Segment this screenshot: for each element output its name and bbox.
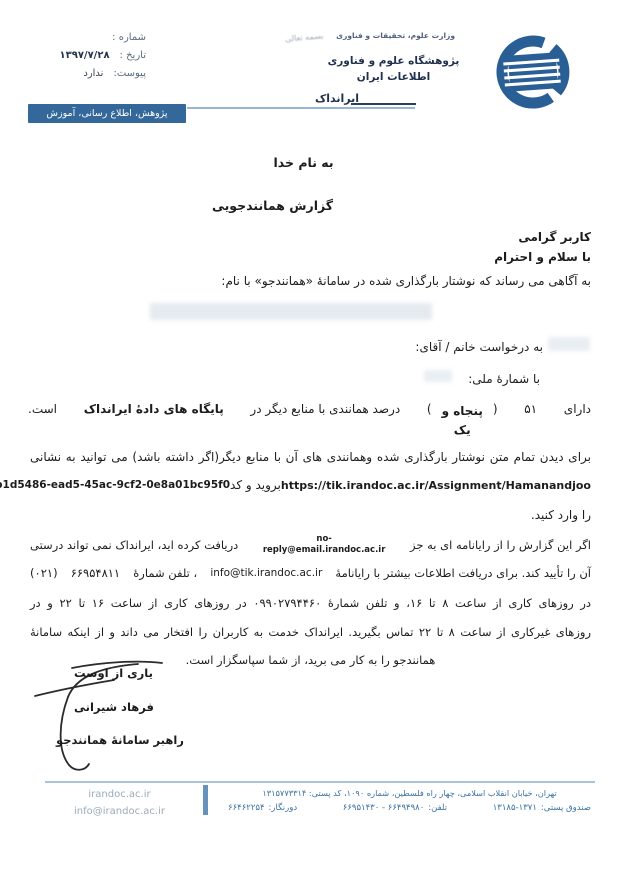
redacted-requester-name (548, 337, 590, 351)
footer-phone: تلفن: ۶۶۹۵۱۴۳۰ - ۶۶۴۹۴۹۸۰ (343, 803, 447, 813)
letter-date-value: ۱۳۹۷/۷/۲۸ (60, 50, 110, 61)
email-warning-row: اگر این گزارش را از رایانامه ای به جز no… (30, 531, 591, 559)
signature-motto: یاری از اوست (74, 666, 153, 680)
phone-label-text: ، تلفن شمارۀ (133, 566, 197, 580)
request-label: به درخواست خانم / آقای: (415, 340, 543, 354)
greeting: با سلام و احترام (494, 250, 591, 264)
brand-dash-line (351, 103, 416, 105)
contact-info-row: آن را تأیید کند. برای دریافت اطلاعات بیش… (30, 566, 591, 580)
footer-pobox-label: صندوق پستی: (541, 803, 591, 813)
letter-number-row: شماره : (28, 32, 146, 43)
salutation: کاربر گرامی (518, 230, 591, 244)
letter-attachment-row: پیوست: ندارد (28, 68, 146, 79)
goto-code-text: بروید و کد (230, 478, 281, 492)
url-code-row: https://tik.irandoc.ac.ir/Assignment/Ham… (32, 478, 591, 492)
noreply-email-line1: no- (316, 534, 331, 544)
institute-name: پژوهشگاه علوم و فناوری اطلاعات ایران (326, 54, 461, 86)
footer-address-line: تهران، خیابان انقلاب اسلامی، چهار راه فل… (222, 788, 597, 798)
info-email: info@tik.irandoc.ac.ir (210, 567, 322, 579)
similarity-having: دارای (564, 402, 591, 416)
intro-line: به آگاهی می رساند که نوشتار بارگذاری شده… (221, 274, 591, 288)
footer-fax: دورنگار: ۶۶۴۶۲۲۵۴ (228, 803, 297, 813)
irandoc-logo-icon (489, 33, 577, 111)
footer-rule-line (45, 781, 595, 783)
similarity-percent-digits: ۵۱ (524, 402, 537, 416)
ministry-name: وزارت علوم، تحقیقات و فناوری (336, 31, 455, 40)
letter-attachment-label: پیوست: (113, 68, 146, 79)
similarity-middle-text: درصد همانندی با منابع دیگر در (250, 402, 400, 416)
footer-fax-value: ۶۶۴۶۲۲۵۴ (228, 803, 265, 813)
footer-email: info@irandoc.ac.ir (52, 804, 187, 821)
letter-number-label: شماره : (112, 32, 146, 43)
similarity-ending: است. (28, 402, 57, 416)
letter-date-row: تاریخ : ۱۳۹۷/۷/۲۸ (28, 50, 146, 61)
department-badge: پژوهش، اطلاع رسانی، آموزش (28, 104, 186, 123)
footer-website: irandoc.ac.ir (52, 787, 187, 804)
confirm-text: آن را تأیید کند. برای دریافت اطلاعات بیش… (335, 566, 591, 580)
footer-phone-value: ۶۶۹۵۱۴۳۰ - ۶۶۴۹۴۹۸۰ (343, 803, 425, 813)
footer-links-block: irandoc.ac.ir info@irandoc.ac.ir (52, 787, 187, 820)
footer-pobox-value: ۱۳۱۸۵-۱۳۷۱ (493, 803, 537, 813)
warning-after-email: دریافت کرده اید، ایرانداک نمی تواند درست… (30, 538, 238, 552)
footer-pobox: صندوق پستی: ۱۳۱۸۵-۱۳۷۱ (493, 803, 591, 813)
national-id-label: با شمارۀ ملی: (468, 372, 540, 386)
warning-before-email: اگر این گزارش را از رایانامه ای به جز (410, 538, 591, 552)
similarity-percent-words: ) پنجاه و یک ( (427, 402, 498, 439)
offdays-line: روزهای غیرکاری از ساعت ۸ تا ۲۲ تماس بگیر… (30, 625, 591, 639)
footer-contact-line: صندوق پستی: ۱۳۱۸۵-۱۳۷۱ تلفن: ۶۶۹۵۱۴۳۰ - … (222, 803, 597, 813)
percent-words-line1: پنجاه و (442, 404, 483, 418)
assignment-url: https://tik.irandoc.ac.ir/Assignment/Ham… (281, 479, 591, 492)
report-code: db1d5486-ead5-45ac-9cf2-0e8a01bc95f0 (0, 479, 230, 491)
open-paren: ) (493, 402, 498, 416)
signatory-role: راهبر سامانۀ همانندجو (56, 733, 184, 747)
letter-meta-block: شماره : تاریخ : ۱۳۹۷/۷/۲۸ پیوست: ندارد (28, 32, 146, 86)
in-the-name-of-god: به نام خدا (0, 155, 607, 170)
badge-rule-line (187, 107, 415, 109)
signatory-name: فرهاد شیرانی (74, 700, 154, 714)
similarity-database-name: پایگاه های دادۀ ایرانداک (84, 402, 224, 416)
percent-in-words: پنجاه و یک (442, 402, 483, 439)
working-hours-line: در روزهای کاری از ساعت ۸ تا ۱۶، و تلفن ش… (30, 596, 591, 610)
footer-divider-bar (203, 785, 208, 815)
similarity-result-row: دارای ۵۱ ) پنجاه و یک ( درصد همانندی با … (28, 402, 591, 439)
report-title: گزارش همانندجویی (0, 198, 545, 213)
percent-words-line2: یک (454, 423, 471, 437)
letter-attachment-value: ندارد (83, 68, 103, 79)
noreply-email-line2: reply@email.irandoc.ac.ir (263, 545, 386, 555)
footer-fax-label: دورنگار: (269, 803, 298, 813)
enter-code-line: را وارد کنید. (531, 508, 591, 522)
close-paren: ( (427, 402, 432, 416)
redacted-national-id (424, 370, 452, 382)
footer-phone-label: تلفن: (428, 803, 447, 813)
view-fulltext-line: برای دیدن تمام متن نوشتار بارگذاری شده و… (30, 450, 591, 464)
bismillah-note: بسمه تعالی (285, 31, 324, 43)
redacted-document-title (150, 303, 432, 320)
noreply-email: no- reply@email.irandoc.ac.ir (263, 534, 386, 555)
footer-address-block: تهران، خیابان انقلاب اسلامی، چهار راه فل… (222, 788, 597, 813)
letter-page: شماره : تاریخ : ۱۳۹۷/۷/۲۸ پیوست: ندارد پ… (0, 0, 621, 877)
phone-number: ۶۶۹۵۴۸۱۱ (71, 566, 120, 580)
area-code: (۰۲۱) (30, 566, 58, 580)
letter-date-label: تاریخ : (120, 50, 146, 61)
